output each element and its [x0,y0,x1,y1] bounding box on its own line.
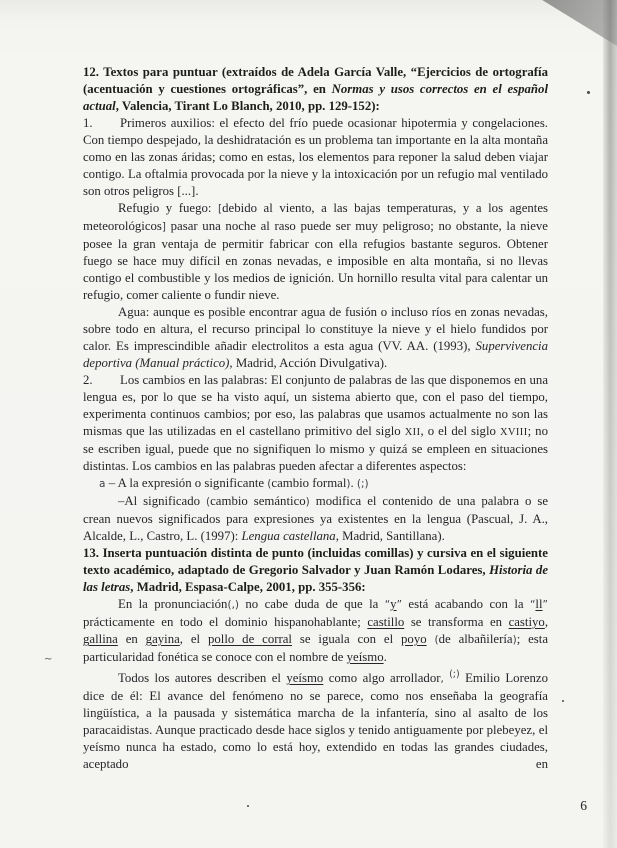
text-segment: , [545,615,548,629]
text-segment: gayina [146,632,180,646]
exercise-12-item-1-paragraph-3: Agua: aunque es posible encontrar agua d… [83,304,548,372]
page-edge-shadow [603,0,617,848]
text-segment: cambio semántico [210,494,306,508]
text-segment: se iguala con el [292,632,401,646]
exercise-12-item-1-paragraph-1: 1.Primeros auxilios: el efecto del frío … [83,115,548,200]
exercise-12-item-2-paragraph-1: 2.Los cambios en las palabras: El conjun… [83,372,548,475]
text-segment: Primeros auxilios: el efecto del frío pu… [83,116,548,198]
text-segment: se transforma en [404,615,508,629]
text-segment: , o el del siglo [420,424,499,438]
text-segment: , Madrid, Espasa-Calpe, 2001, pp. 355-35… [130,580,365,594]
scan-speck [562,700,564,702]
handwritten-note: (;) [357,478,369,490]
handwritten-mark: (,) [227,599,239,611]
text-segment: , Valencia, Tirant Lo Blanch, 2010, pp. … [116,99,380,113]
text-segment: castiyo [509,615,545,629]
text-segment: gallina [83,632,118,646]
item-number: 2. [83,372,120,389]
text-segment: , el [180,632,208,646]
scan-speck [247,805,249,807]
text-segment: XII [405,427,421,438]
text-segment: prácticamente en todo el dominio hispano… [83,615,367,629]
handwritten-margin-squiggle: ~ [44,654,52,665]
text-segment: castillo [367,615,404,629]
text-segment: de albañilería [439,632,513,646]
item-number: 1. [83,115,120,132]
handwritten-note: (;) [444,669,460,680]
exercise-12-item-2-bullet-2: –Al significado (cambio semántico) modif… [83,493,548,545]
scanned-document-page: 12. Textos para puntuar (extraídos de Ad… [0,0,617,848]
text-segment: . [384,650,387,664]
exercise-13-heading: 13. Inserta puntuación distinta de punto… [83,545,548,596]
text-segment: En la pronunciación [118,597,227,611]
text-segment: –Al significado [118,494,206,508]
page-content: 12. Textos para puntuar (extraídos de Ad… [83,64,548,773]
exercise-12-item-2-bullet-1: a – A la expresión o significante (cambi… [83,475,548,493]
text-segment: 13. Inserta puntuación distinta de punto… [83,546,548,577]
scan-speck [587,91,590,94]
text-segment: en [118,632,146,646]
text-segment: pollo de corral [208,632,292,646]
text-segment: como algo arrollador [323,671,440,685]
exercise-12-item-1-paragraph-2: Refugio y fuego: [debido al viento, a la… [83,200,548,304]
exercise-12-heading: 12. Textos para puntuar (extraídos de Ad… [83,64,548,115]
text-segment: ” [543,599,548,611]
text-segment: poyo [401,632,427,646]
text-segment [427,632,435,646]
text-segment: Todos los autores describen el [118,671,286,685]
text-segment: cambio formal [271,476,346,490]
text-segment: Lengua castellana [242,529,336,543]
exercise-13-paragraph-1: En la pronunciación(,) no cabe duda de q… [83,596,548,666]
page-number: 6 [580,798,587,814]
text-segment: Refugio y fuego: [118,201,218,215]
exercise-13-paragraph-2: Todos los autores describen el yeísmo co… [83,666,548,773]
text-segment: Emilio Lorenzo dice de él: El avance del… [83,671,548,771]
text-segment: – A la expresión o significante [109,476,268,490]
text-segment: no cabe duda de que la [239,597,385,611]
text-segment: ll [535,597,542,611]
text-segment: yeísmo [347,650,384,664]
text-segment: está acabando con la [402,597,530,611]
text-segment: , Madrid, Acción Divulgativa). [229,356,387,370]
handwritten-letter: a [99,478,109,490]
text-segment: yeísmo [286,671,323,685]
text-segment: XVIII [500,427,528,438]
text-segment: , Madrid, Santillana). [336,529,445,543]
